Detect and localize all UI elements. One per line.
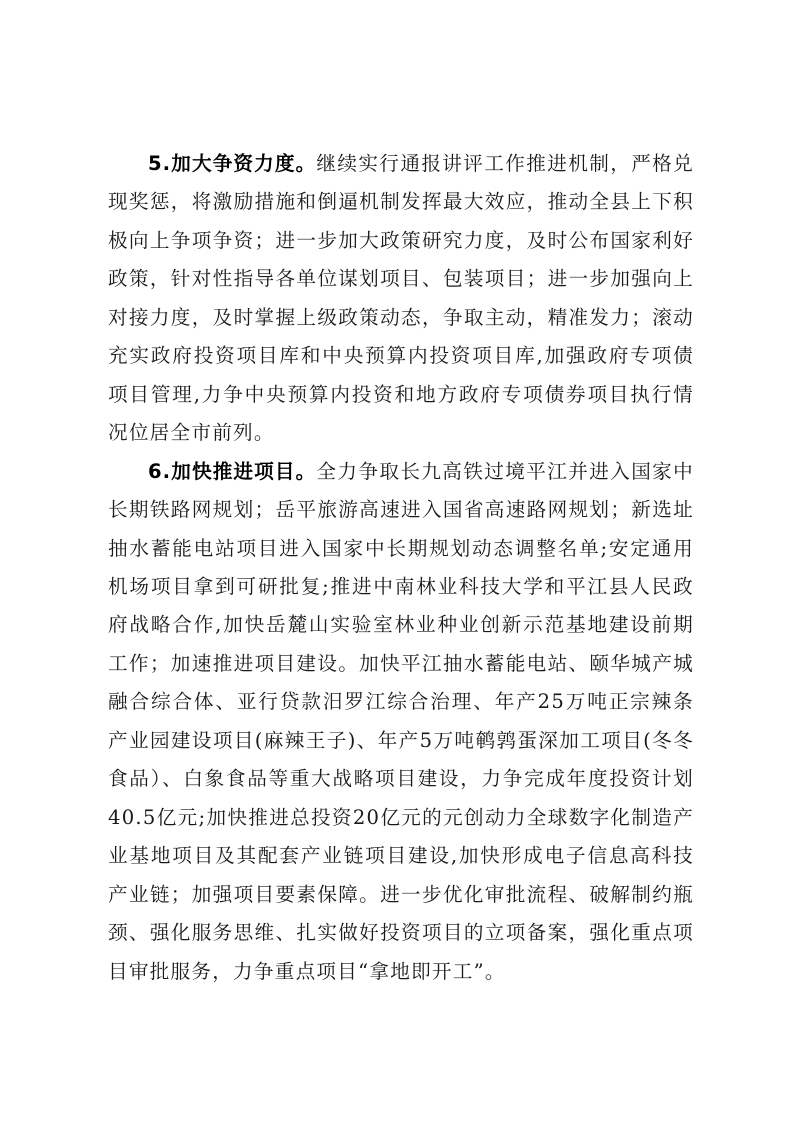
paragraph-6: 6.加快推进项目。全力争取长九高铁过境平江并进入国家中长期铁路网规划；岳平旅游高… [108, 453, 694, 991]
paragraph-6-number: 6. [148, 460, 171, 483]
paragraph-5: 5.加大争资力度。继续实行通报讲评工作推进机制，严格兑现奖惩，将激励措施和倒逼机… [108, 145, 694, 453]
document-page: 5.加大争资力度。继续实行通报讲评工作推进机制，严格兑现奖惩，将激励措施和倒逼机… [108, 145, 694, 991]
paragraph-5-number: 5. [148, 152, 171, 175]
paragraph-6-body: 全力争取长九高铁过境平江并进入国家中长期铁路网规划；岳平旅游高速进入国省高速路网… [108, 460, 694, 983]
paragraph-6-heading: 加快推进项目。 [171, 460, 316, 483]
paragraph-5-body: 继续实行通报讲评工作推进机制，严格兑现奖惩，将激励措施和倒逼机制发挥最大效应，推… [108, 152, 694, 444]
paragraph-5-heading: 加大争资力度。 [171, 152, 316, 175]
